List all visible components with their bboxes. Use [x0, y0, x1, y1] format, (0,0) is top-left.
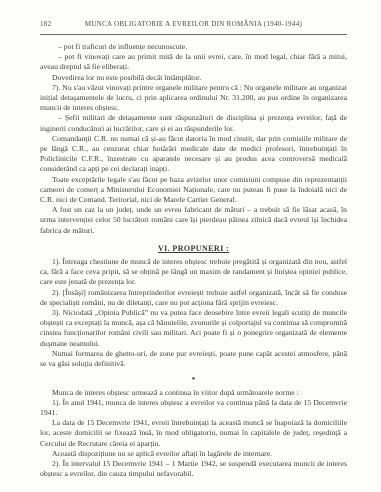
paragraph: – Șefii militari de detașamente sunt răs… — [40, 113, 347, 133]
paragraph: 3). Niciodată „Opinia Publică” nu va put… — [40, 308, 347, 349]
page-number: 182 — [40, 20, 51, 28]
paragraph: Munca de interes obștesc urmează a conti… — [40, 388, 347, 398]
scanned-book-page: 182 MUNCA OBLIGATORIE A EVREILOR DIN ROM… — [0, 0, 381, 492]
paragraph: Toate exceptările legale s'au făcut pe b… — [40, 175, 347, 206]
paragraph: Comandanții C.R. nu numai că și-au făcut… — [40, 134, 347, 175]
paragraph: Această dispozițiune nu se aplică evreil… — [40, 449, 347, 459]
paragraph: – pot fi traficuri de influențe necunosc… — [40, 42, 347, 52]
paragraph: A fost un caz la un județ, unde un evreu… — [40, 205, 347, 236]
section-separator: * — [40, 375, 347, 385]
paragraph: Numai formarea de ghetto-uri, de zone pu… — [40, 349, 347, 369]
running-title: MUNCA OBLIGATORIE A EVREILOR DIN ROMÂNIA… — [40, 20, 347, 28]
paragraph: La data de 15 Decemvrie 1941, evreii înt… — [40, 418, 347, 449]
paragraph: 1). Întreaga chestiune de muncă de inter… — [40, 257, 347, 288]
paragraph: 1). În anul 1941, munca de interes obște… — [40, 398, 347, 418]
paragraph: 2). [Însăși] românizarea întreprinderilo… — [40, 288, 347, 308]
paragraph: – pot fi vinovați care au primit mită de… — [40, 52, 347, 72]
paragraph: 2). În intervalul 15 Decemvrie 1941 – 1 … — [40, 459, 347, 479]
page-body: – pot fi traficuri de influențe necunosc… — [40, 42, 347, 479]
paragraph: Dovedirea lor nu este posibilă decât înt… — [40, 73, 347, 83]
running-header: 182 MUNCA OBLIGATORIE A EVREILOR DIN ROM… — [40, 20, 347, 35]
paragraph: 7). Nu s'au văzut vinovați printre organ… — [40, 83, 347, 114]
section-heading: VI. PROPUNERI : — [40, 244, 347, 254]
